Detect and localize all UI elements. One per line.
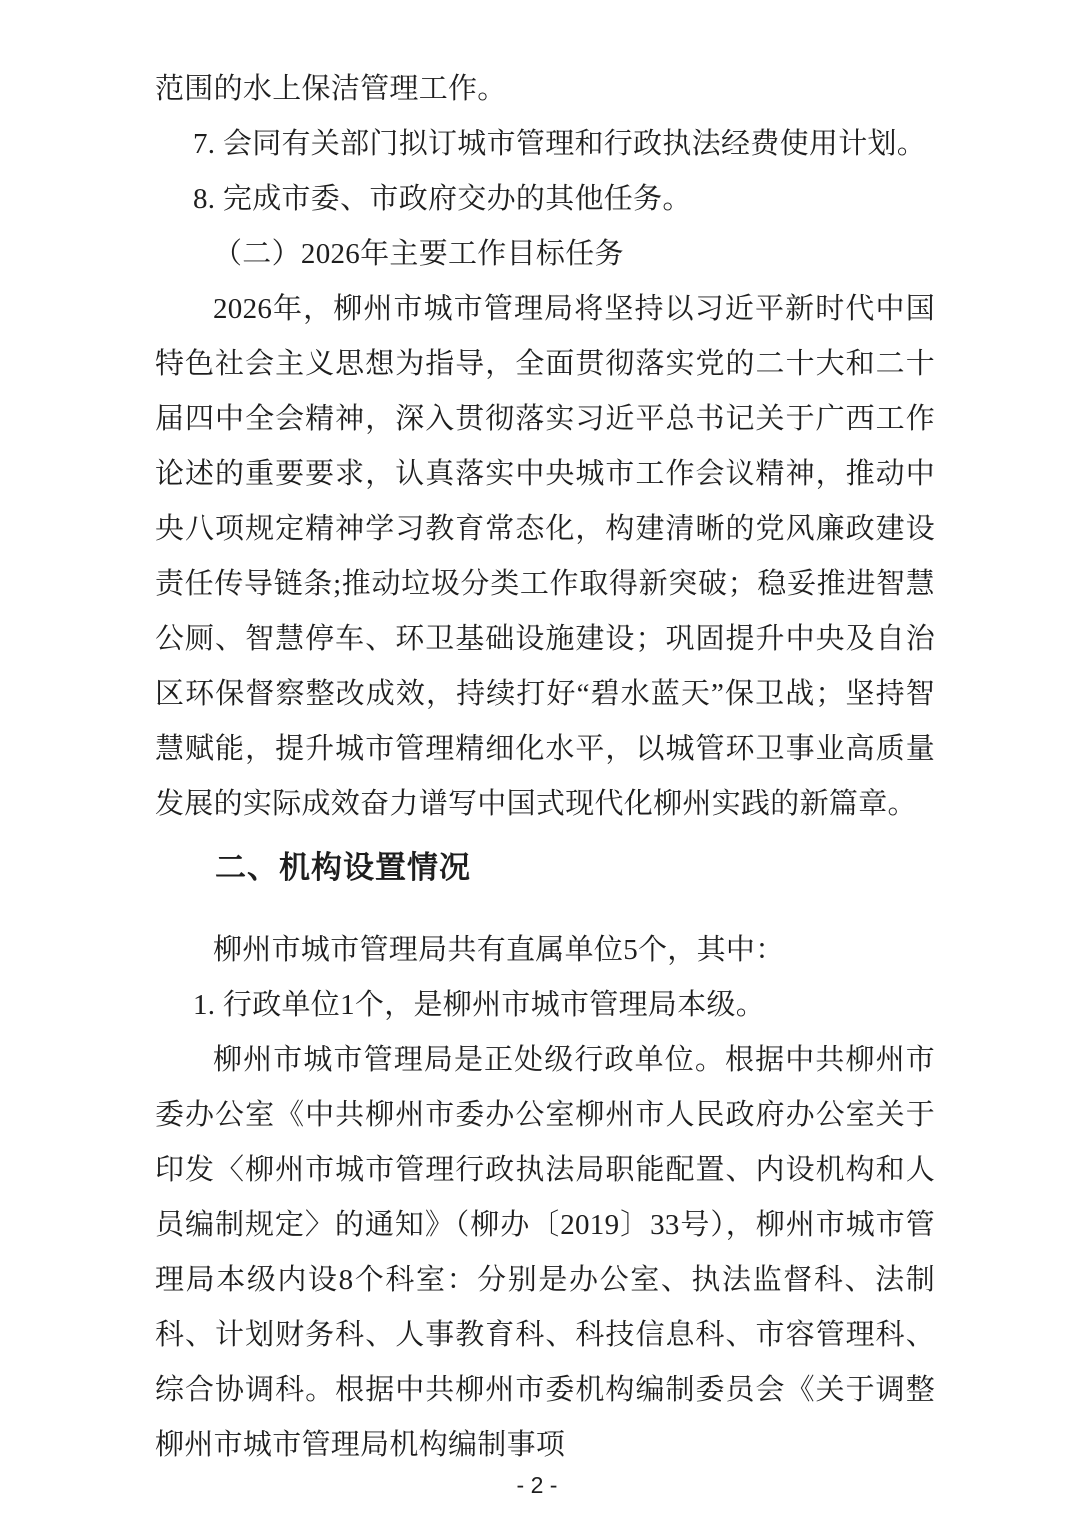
paragraph-numbered-item-8: 8. 完成市委、市政府交办的其他任务。 (155, 172, 935, 227)
page-number: - 2 - (0, 1472, 1074, 1499)
document-page: 范围的水上保洁管理工作。 7. 会同有关部门拟订城市管理和行政执法经费使用计划。… (0, 0, 1074, 1520)
paragraph-subordinate-units: 柳州市城市管理局共有直属单位5个，其中： (155, 923, 935, 978)
paragraph-continuation: 范围的水上保洁管理工作。 (155, 62, 935, 117)
sub-heading-2026-goals: （二）2026年主要工作目标任务 (155, 227, 935, 282)
paragraph-numbered-item-1: 1. 行政单位1个，是柳州市城市管理局本级。 (155, 978, 935, 1033)
section-heading-organization-setup: 二、机构设置情况 (155, 840, 935, 895)
paragraph-numbered-item-7: 7. 会同有关部门拟订城市管理和行政执法经费使用计划。 (155, 117, 935, 172)
paragraph-2026-plan: 2026年，柳州市城市管理局将坚持以习近平新时代中国特色社会主义思想为指导，全面… (155, 282, 935, 832)
document-body: 范围的水上保洁管理工作。 7. 会同有关部门拟订城市管理和行政执法经费使用计划。… (155, 62, 935, 1473)
paragraph-bureau-structure: 柳州市城市管理局是正处级行政单位。根据中共柳州市委办公室《中共柳州市委办公室柳州… (155, 1033, 935, 1473)
